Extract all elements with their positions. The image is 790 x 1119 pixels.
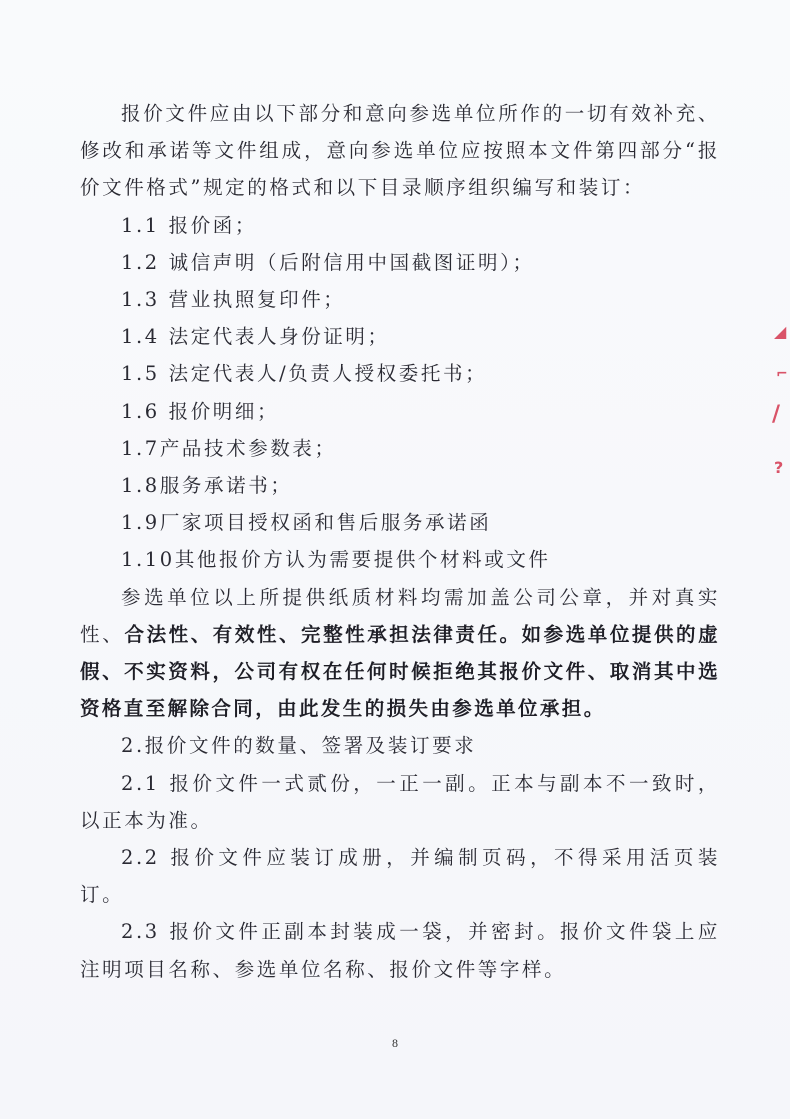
item-text: 报价文件正副本封装成一袋，并密封。报价文件袋上应注明项目名称、参选单位名称、报价… <box>80 920 720 980</box>
document-list: 1.1 报价函； 1.2 诚信声明（后附信用中国截图证明）； 1.3 营业执照复… <box>80 207 720 579</box>
list-text: 其他报价方认为需要提供个材料或文件 <box>175 548 551 571</box>
list-text: 法定代表人身份证明； <box>160 325 390 348</box>
list-number: 1.10 <box>121 548 175 571</box>
list-item: 1.3 营业执照复印件； <box>80 281 720 318</box>
list-number: 1.6 <box>121 400 160 423</box>
list-text: 厂家项目授权函和售后服务承诺函 <box>160 511 492 534</box>
list-item: 1.2 诚信声明（后附信用中国截图证明）； <box>80 244 720 281</box>
list-item: 1.10其他报价方认为需要提供个材料或文件 <box>80 541 720 578</box>
seal-mark-icon: ◢ <box>774 322 786 341</box>
item-text: 报价文件应装订成册，并编制页码，不得采用活页装订。 <box>80 846 720 906</box>
responsibility-paragraph: 参选单位以上所提供纸质材料均需加盖公司公章，并对真实性、合法性、有效性、完整性承… <box>80 579 720 728</box>
section-2-item: 2.1 报价文件一式贰份，一正一副。正本与副本不一致时，以正本为准。 <box>80 765 720 839</box>
list-number: 1.3 <box>121 288 160 311</box>
list-number: 1.8 <box>121 474 160 497</box>
item-number: 2.2 <box>121 846 160 869</box>
section-2-item: 2.2 报价文件应装订成册，并编制页码，不得采用活页装订。 <box>80 839 720 913</box>
item-number: 2.1 <box>121 772 160 795</box>
list-text: 报价函； <box>160 214 257 237</box>
document-body: 报价文件应由以下部分和意向参选单位所作的一切有效补充、修改和承诺等文件组成，意向… <box>80 95 720 988</box>
list-item: 1.8服务承诺书； <box>80 467 720 504</box>
list-text: 法定代表人/负责人授权委托书； <box>160 362 487 385</box>
red-seal-stamp-fragment: ◢ ⌐ / ? <box>770 318 790 488</box>
list-item: 1.4 法定代表人身份证明； <box>80 318 720 355</box>
document-page: 报价文件应由以下部分和意向参选单位所作的一切有效补充、修改和承诺等文件组成，意向… <box>0 0 790 1119</box>
seal-mark-icon: ? <box>774 458 783 477</box>
page-number: 8 <box>0 1036 790 1051</box>
list-item: 1.9厂家项目授权函和售后服务承诺函 <box>80 504 720 541</box>
list-item: 1.1 报价函； <box>80 207 720 244</box>
list-text: 报价明细； <box>160 400 279 423</box>
list-number: 1.9 <box>121 511 160 534</box>
list-number: 1.5 <box>121 362 160 385</box>
list-number: 1.4 <box>121 325 160 348</box>
list-text: 服务承诺书； <box>160 474 293 497</box>
list-text: 产品技术参数表； <box>160 437 337 460</box>
responsibility-bold-text: 合法性、有效性、完整性承担法律责任。如参选单位提供的虚假、不实资料，公司有权在任… <box>80 623 720 720</box>
list-number: 1.1 <box>121 214 160 237</box>
section-2-item: 2.3 报价文件正副本封装成一袋，并密封。报价文件袋上应注明项目名称、参选单位名… <box>80 913 720 987</box>
list-item: 1.7产品技术参数表； <box>80 430 720 467</box>
list-item: 1.5 法定代表人/负责人授权委托书； <box>80 355 720 392</box>
section-2-heading: 2.报价文件的数量、签署及装订要求 <box>80 727 720 764</box>
list-item: 1.6 报价明细； <box>80 393 720 430</box>
intro-paragraph: 报价文件应由以下部分和意向参选单位所作的一切有效补充、修改和承诺等文件组成，意向… <box>80 95 720 207</box>
item-number: 2.3 <box>121 920 160 943</box>
seal-mark-icon: / <box>772 402 780 427</box>
list-text: 营业执照复印件； <box>160 288 346 311</box>
seal-mark-icon: ⌐ <box>776 366 788 382</box>
list-text: 诚信声明（后附信用中国截图证明）； <box>160 251 535 274</box>
list-number: 1.7 <box>121 437 160 460</box>
list-number: 1.2 <box>121 251 160 274</box>
item-text: 报价文件一式贰份，一正一副。正本与副本不一致时，以正本为准。 <box>80 772 720 832</box>
